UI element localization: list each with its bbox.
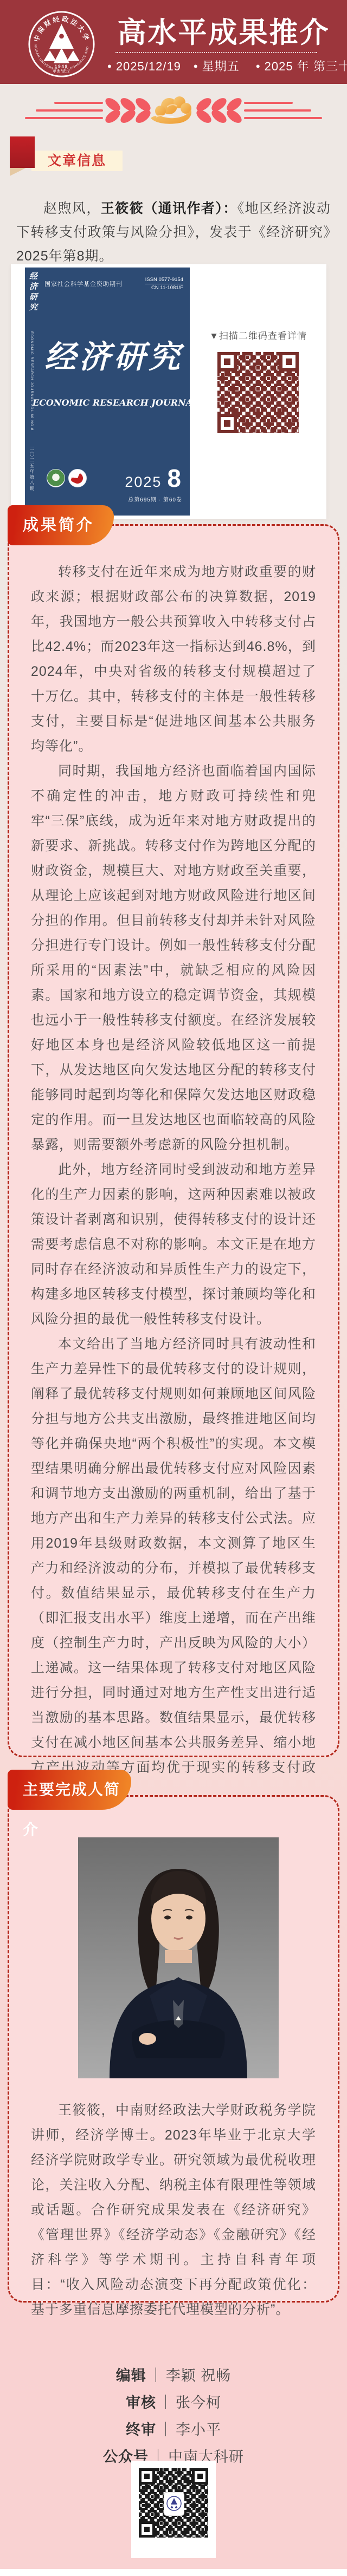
wechat-qr-card <box>131 2461 216 2558</box>
header-date-line: • 2025/12/19 • 星期五 • 2025 年 第三十五期 <box>107 57 340 74</box>
cover-title-en: ECONOMIC RESEARCH JOURNAL <box>33 397 190 408</box>
emblem-year: 1948 <box>55 64 68 69</box>
article-page: 中南财经政法大学 ZHONGNAN UNIVERSITY OF ECONOMIC… <box>0 0 347 2576</box>
results-paragraph: 此外，地方经济同时受到波动和地方差异化的生产力因素的影响，这两种因素难以被政策设… <box>31 1157 316 1332</box>
journal-cover-image[interactable]: 经济研究 ECONOMIC RESEARCH JOURNAL VOL.60 NO… <box>25 268 190 516</box>
page-footer: 编辑｜李颖 祝畅 审核｜张今柯 终审｜李小平 公众号｜中南大科研 <box>0 2303 347 2569</box>
author-portrait-photo[interactable] <box>78 1837 279 2078</box>
article-citation: 赵煦风，王筱筱（通讯作者）：《地区经济波动下转移支付政策与风险分担》，发表于《经… <box>16 197 331 268</box>
bottom-white-strip <box>0 2569 347 2576</box>
page-header: 中南财经政法大学 ZHONGNAN UNIVERSITY OF ECONOMIC… <box>0 0 347 84</box>
cover-issue-number: 8 <box>167 464 181 492</box>
header-dotted-divider <box>115 52 317 53</box>
cover-volume-line: 总第695期 · 第60卷 <box>128 495 182 503</box>
page-title: 高水平成果推介 <box>108 10 339 51</box>
results-paragraph: 同时期，我国地方经济也面临着国内国际不确定性的冲击，地方财政可持续性和兜牢“三保… <box>31 759 316 1157</box>
cover-side-title: 经济研究 <box>28 272 39 313</box>
cover-issn: ISSN 0577-9154 <box>145 276 183 284</box>
cover-year: 2025 <box>125 474 162 490</box>
people-box: 王筱筱，中南财经政法大学财政税务学院讲师，经济学博士。2023年毕业于北京大学经… <box>8 1795 339 2303</box>
divider-ornament-icon <box>22 93 325 128</box>
credits-list: 编辑｜李颖 祝畅 审核｜张今柯 终审｜李小平 公众号｜中南大科研 <box>0 2362 347 2470</box>
section-results-tab: 成果简介 <box>8 505 114 545</box>
qr-center-emblem-icon <box>164 2492 184 2516</box>
gold-cloud-icon <box>151 96 191 124</box>
corresponding-author: 王筱筱（通讯作者）： <box>101 201 237 216</box>
results-paragraph: 本文给出了当地方经济同时具有波动性和生产力差异性下的最优转移支付的设计规则，阐释… <box>31 1332 316 1805</box>
qr-scan-hint: ▼扫描二维码查看详情 <box>190 328 326 342</box>
journal-press-logo-icon <box>68 469 87 487</box>
cover-side-issue: 二〇二五年第八期 <box>29 446 35 492</box>
decorative-divider <box>0 86 347 135</box>
cover-cn-number: CN 11-1081/F <box>145 284 183 291</box>
author-bio: 王筱筱，中南财经政法大学财政税务学院讲师，经济学博士。2023年毕业于北京大学经… <box>31 2098 316 2322</box>
university-emblem-icon: 中南财经政法大学 ZHONGNAN UNIVERSITY OF ECONOMIC… <box>27 10 96 79</box>
article-qr-code[interactable] <box>217 352 299 433</box>
fold-corner-icon <box>10 168 26 176</box>
credit-final-reviewer: 终审｜李小平 <box>0 2416 347 2443</box>
results-box: 转移支付在近年来成为地方财政重要的财政来源；根据财政部公布的决算数据，2019年… <box>8 524 339 1757</box>
emblem-city: 中国 武汉 <box>53 69 70 74</box>
results-paragraph: 转移支付在近年来成为地方财政重要的财政来源；根据财政部公布的决算数据，2019年… <box>31 559 316 759</box>
media-block: 经济研究 ECONOMIC RESEARCH JOURNAL VOL.60 NO… <box>11 264 326 519</box>
credit-reviewer: 审核｜张今柯 <box>0 2389 347 2416</box>
journal-society-logo-icon <box>47 469 65 487</box>
authors-prefix: 赵煦风， <box>43 201 101 216</box>
cover-title-cn: 经济研究 <box>38 331 190 377</box>
section-article-info-tab: 文章信息 <box>10 135 129 175</box>
cover-funding-label: 国家社会科学基金资助期刊 <box>44 279 123 288</box>
credit-editor: 编辑｜李颖 祝畅 <box>0 2362 347 2389</box>
cover-side-english: ECONOMIC RESEARCH JOURNAL VOL.60 NO.8 <box>30 331 34 431</box>
section-people-tab: 主要完成人简介 <box>8 1770 131 1810</box>
article-info-label: 文章信息 <box>31 151 123 171</box>
